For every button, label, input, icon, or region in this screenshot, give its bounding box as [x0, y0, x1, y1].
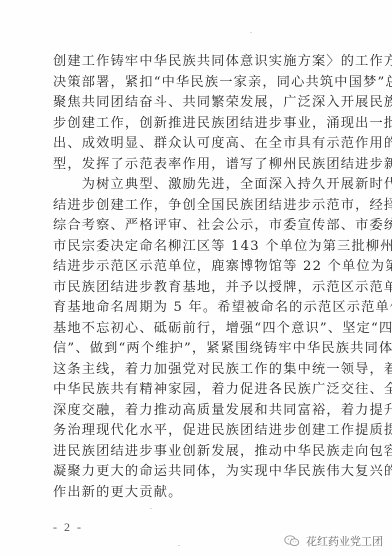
text-line: 步创建工作，创新推进民族团结进步事业，涌现出一批主线突	[53, 114, 345, 135]
text-line: 中华民族共有精神家园，着力促进各民族广泛交往、全面交流、	[53, 380, 345, 401]
text-line: 务治理现代化水平，促进民族团结进步创建工作提质提效，推	[53, 421, 345, 442]
document-body: 创建工作铸牢中华民族共同体意识实施方案〉的工作方案》的 决策部署，紧扣“中华民族…	[53, 52, 345, 503]
text-line: 结进步示范区示范单位，鹿寨博物馆等 22 个单位为第三批柳州	[53, 257, 345, 278]
text-line: 为树立典型、激励先进，全面深入持久开展新时代民族团	[53, 175, 345, 196]
text-line: 结进步创建工作，争创全国民族团结进步示范市，经择优推荐、	[53, 196, 345, 217]
text-line: 市民族团结进步教育基地，并予以授牌，示范区示范单位和教	[53, 278, 345, 299]
scan-speck	[178, 545, 180, 546]
text-line: 综合考察、严格评审、社会公示，市委宣传部、市委统战部、	[53, 216, 345, 237]
watermark-text: 花红药业党工团	[306, 533, 383, 549]
text-line: 聚焦共同团结奋斗、共同繁荣发展，广泛深入开展民族团结进	[53, 93, 345, 114]
page-number: - 2 -	[53, 520, 83, 535]
scan-speck	[150, 508, 152, 509]
text-line: 信”、做到“两个维护”，紧紧围绕铸牢中华民族共同体意识	[53, 339, 345, 360]
scan-speck	[250, 32, 252, 33]
wechat-icon	[284, 535, 300, 547]
text-line: 决策部署，紧扣“中华民族一家亲，同心共筑中国梦”总目标，	[53, 73, 345, 94]
text-line: 出、成效明显、群众认可度高、在全市具有示范作用的先进典	[53, 134, 345, 155]
text-line: 市民宗委决定命名柳江区等 143 个单位为第三批柳州市民族团	[53, 237, 345, 258]
text-line: 育基地命名周期为 5 年。希望被命名的示范区示范单位和教育	[53, 298, 345, 319]
text-line: 这条主线，着力加强党对民族工作的集中统一领导，着力构建	[53, 360, 345, 381]
document-page: 创建工作铸牢中华民族共同体意识实施方案〉的工作方案》的 决策部署，紧扣“中华民族…	[0, 0, 392, 556]
text-line: 基地不忘初心、砥砺前行，增强“四个意识”、坚定“四个自	[53, 319, 345, 340]
text-line: 创建工作铸牢中华民族共同体意识实施方案〉的工作方案》的	[53, 52, 345, 73]
text-line: 深度交融，着力推动高质量发展和共同富裕，着力提升民族事	[53, 401, 345, 422]
text-line: 进民族团结进步事业创新发展，推动中华民族走向包容性更强、	[53, 442, 345, 463]
text-line: 凝聚力更大的命运共同体，为实现中华民族伟大复兴的中国梦	[53, 462, 345, 483]
text-line-final: 作出新的更大贡献。	[53, 483, 345, 504]
text-line: 型，发挥了示范表率作用，谱写了柳州民族团结进步新篇章。	[53, 155, 345, 176]
source-watermark: 花红药业党工团	[284, 533, 383, 549]
